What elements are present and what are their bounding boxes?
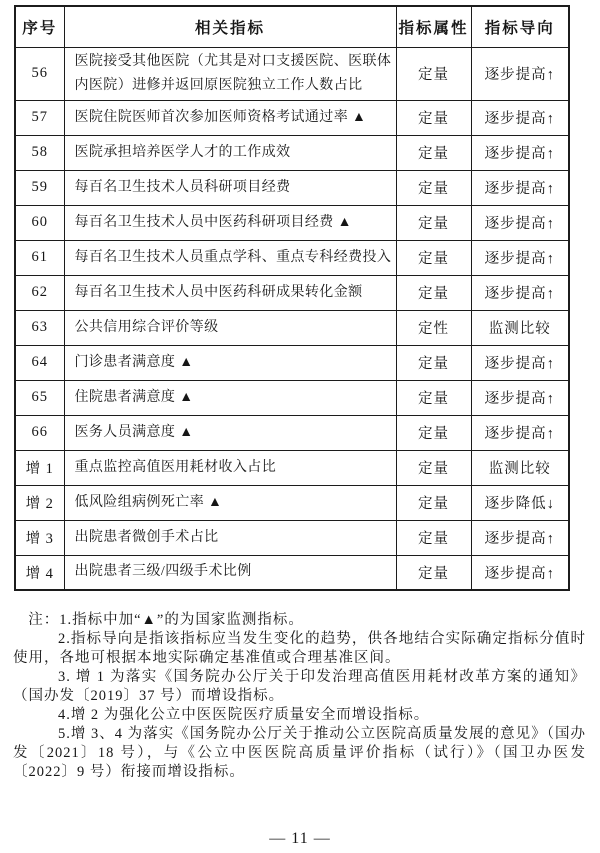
row-indicator-cell: 医院住院医师首次参加医师资格考试通过率 ▲ — [64, 100, 396, 135]
table-row: 56医院接受其他医院（尤其是对口支援医院、医联体内医院）进修并返回原医院独立工作… — [15, 47, 569, 100]
row-attribute-cell: 定性 — [396, 310, 471, 345]
row-indicator-cell: 低风险组病例死亡率 ▲ — [64, 485, 396, 520]
note-item: 5.增 3、4 为落实《国务院办公厅关于推动公立医院高质量发展的意见》（国办发〔… — [13, 725, 586, 782]
row-number-cell: 63 — [15, 310, 64, 345]
row-indicator-cell: 公共信用综合评价等级 — [64, 310, 396, 345]
row-indicator-cell: 每百名卫生技术人员中医药科研成果转化金额 — [64, 275, 396, 310]
row-indicator-cell: 住院患者满意度 ▲ — [64, 380, 396, 415]
row-direction-cell: 逐步提高↑ — [471, 415, 569, 450]
table-row: 63公共信用综合评价等级定性监测比较 — [15, 310, 569, 345]
row-attribute-cell: 定量 — [396, 450, 471, 485]
row-direction-cell: 逐步提高↑ — [471, 275, 569, 310]
row-direction-cell: 逐步提高↑ — [471, 345, 569, 380]
row-indicator-cell: 出院患者微创手术占比 — [64, 520, 396, 555]
row-indicator-cell: 重点监控高值医用耗材收入占比 — [64, 450, 396, 485]
row-indicator-cell: 出院患者三级/四级手术比例 — [64, 555, 396, 590]
document-page: 序号 相关指标 指标属性 指标导向 56医院接受其他医院（尤其是对口支援医院、医… — [0, 0, 600, 853]
table-row: 65住院患者满意度 ▲定量逐步提高↑ — [15, 380, 569, 415]
row-attribute-cell: 定量 — [396, 240, 471, 275]
row-indicator-cell: 每百名卫生技术人员重点学科、重点专科经费投入 — [64, 240, 396, 275]
row-number-cell: 62 — [15, 275, 64, 310]
table-row: 62每百名卫生技术人员中医药科研成果转化金额定量逐步提高↑ — [15, 275, 569, 310]
row-attribute-cell: 定量 — [396, 520, 471, 555]
row-direction-cell: 逐步提高↑ — [471, 135, 569, 170]
row-number-cell: 增 2 — [15, 485, 64, 520]
row-attribute-cell: 定量 — [396, 485, 471, 520]
row-attribute-cell: 定量 — [396, 47, 471, 100]
table-row: 增 4出院患者三级/四级手术比例定量逐步提高↑ — [15, 555, 569, 590]
row-number-cell: 59 — [15, 170, 64, 205]
row-number-cell: 60 — [15, 205, 64, 240]
notes-label: 注： — [28, 612, 59, 628]
row-number-cell: 64 — [15, 345, 64, 380]
column-header-attribute: 指标属性 — [396, 6, 471, 47]
row-number-cell: 58 — [15, 135, 64, 170]
table-row: 57医院住院医师首次参加医师资格考试通过率 ▲定量逐步提高↑ — [15, 100, 569, 135]
row-attribute-cell: 定量 — [396, 100, 471, 135]
note-item: 2.指标导向是指该指标应当发生变化的趋势，供各地结合实际确定指标分值时使用，各地… — [13, 630, 586, 668]
row-number-cell: 增 4 — [15, 555, 64, 590]
row-attribute-cell: 定量 — [396, 380, 471, 415]
table-row: 60每百名卫生技术人员中医药科研项目经费 ▲定量逐步提高↑ — [15, 205, 569, 240]
table-row: 增 2低风险组病例死亡率 ▲定量逐步降低↓ — [15, 485, 569, 520]
row-number-cell: 65 — [15, 380, 64, 415]
table-row: 59每百名卫生技术人员科研项目经费定量逐步提高↑ — [15, 170, 569, 205]
row-number-cell: 增 1 — [15, 450, 64, 485]
row-attribute-cell: 定量 — [396, 345, 471, 380]
column-header-indicator: 相关指标 — [64, 6, 396, 47]
row-direction-cell: 逐步提高↑ — [471, 170, 569, 205]
row-number-cell: 56 — [15, 47, 64, 100]
table-row: 61每百名卫生技术人员重点学科、重点专科经费投入定量逐步提高↑ — [15, 240, 569, 275]
row-direction-cell: 逐步提高↑ — [471, 380, 569, 415]
note-item: 4.增 2 为强化公立中医医院医疗质量安全而增设指标。 — [13, 706, 586, 725]
row-attribute-cell: 定量 — [396, 275, 471, 310]
note-item: 注：1.指标中加“▲”的为国家监测指标。 — [13, 611, 586, 630]
note-item: 3. 增 1 为落实《国务院办公厅关于印发治理高值医用耗材改革方案的通知》（国办… — [13, 668, 586, 706]
column-header-no: 序号 — [15, 6, 64, 47]
row-attribute-cell: 定量 — [396, 415, 471, 450]
row-number-cell: 增 3 — [15, 520, 64, 555]
row-attribute-cell: 定量 — [396, 555, 471, 590]
row-direction-cell: 逐步提高↑ — [471, 555, 569, 590]
row-direction-cell: 逐步降低↓ — [471, 485, 569, 520]
row-direction-cell: 逐步提高↑ — [471, 240, 569, 275]
row-direction-cell: 监测比较 — [471, 450, 569, 485]
row-indicator-cell: 每百名卫生技术人员中医药科研项目经费 ▲ — [64, 205, 396, 240]
note-text: 1.指标中加“▲”的为国家监测指标。 — [59, 612, 304, 628]
row-indicator-cell: 医院接受其他医院（尤其是对口支援医院、医联体内医院）进修并返回原医院独立工作人数… — [64, 47, 396, 100]
row-direction-cell: 逐步提高↑ — [471, 47, 569, 100]
row-indicator-cell: 医院承担培养医学人才的工作成效 — [64, 135, 396, 170]
row-indicator-cell: 门诊患者满意度 ▲ — [64, 345, 396, 380]
row-number-cell: 66 — [15, 415, 64, 450]
indicator-table: 序号 相关指标 指标属性 指标导向 56医院接受其他医院（尤其是对口支援医院、医… — [14, 5, 570, 591]
page-number: — 11 — — [0, 830, 600, 848]
row-number-cell: 61 — [15, 240, 64, 275]
column-header-direction: 指标导向 — [471, 6, 569, 47]
row-direction-cell: 监测比较 — [471, 310, 569, 345]
row-direction-cell: 逐步提高↑ — [471, 520, 569, 555]
table-row: 66医务人员满意度 ▲定量逐步提高↑ — [15, 415, 569, 450]
table-header-row: 序号 相关指标 指标属性 指标导向 — [15, 6, 569, 47]
row-indicator-cell: 每百名卫生技术人员科研项目经费 — [64, 170, 396, 205]
row-direction-cell: 逐步提高↑ — [471, 205, 569, 240]
table-row: 增 3出院患者微创手术占比定量逐步提高↑ — [15, 520, 569, 555]
table-row: 58医院承担培养医学人才的工作成效定量逐步提高↑ — [15, 135, 569, 170]
row-attribute-cell: 定量 — [396, 135, 471, 170]
row-direction-cell: 逐步提高↑ — [471, 100, 569, 135]
row-attribute-cell: 定量 — [396, 170, 471, 205]
notes-section: 注：1.指标中加“▲”的为国家监测指标。2.指标导向是指该指标应当发生变化的趋势… — [13, 611, 586, 782]
table-row: 64门诊患者满意度 ▲定量逐步提高↑ — [15, 345, 569, 380]
row-number-cell: 57 — [15, 100, 64, 135]
table-row: 增 1重点监控高值医用耗材收入占比定量监测比较 — [15, 450, 569, 485]
row-indicator-cell: 医务人员满意度 ▲ — [64, 415, 396, 450]
row-attribute-cell: 定量 — [396, 205, 471, 240]
